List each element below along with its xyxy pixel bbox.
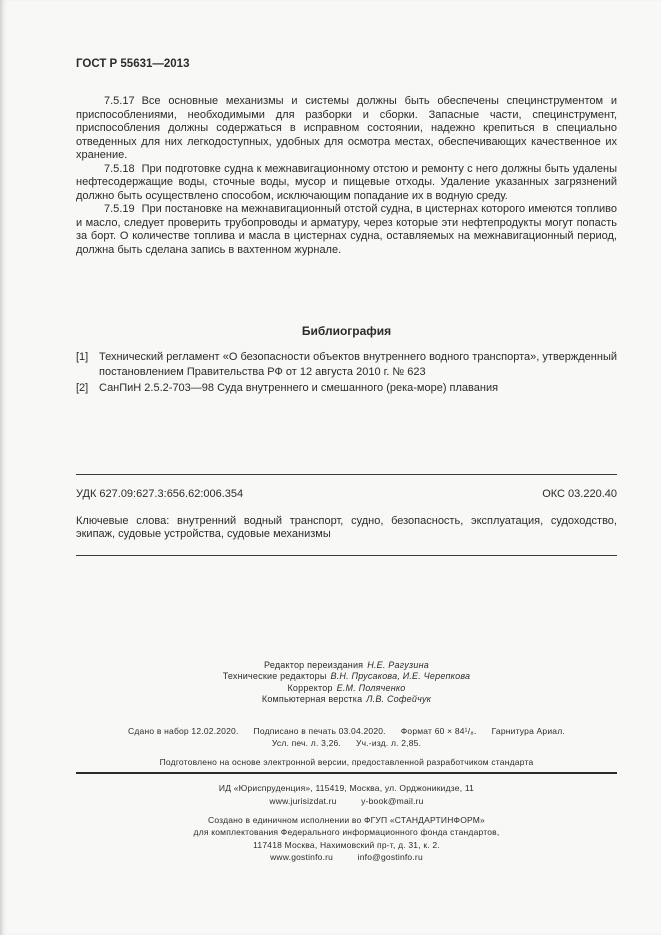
bibliography-title: Библиография: [76, 324, 617, 339]
preparation-note: Подготовлено на основе электронной верси…: [76, 757, 617, 768]
print-info-part: Уч.-изд. л. 2,85.: [356, 737, 421, 750]
staff-line: Технические редакторыВ.Н. Прусакова, И.Е…: [76, 671, 617, 683]
divider-line: [76, 555, 617, 556]
clause-7-5-17: 7.5.17Все основные механизмы и системы д…: [76, 95, 617, 163]
clause-text: При постановке на межнавигационный отсто…: [76, 203, 617, 256]
publisher-email: y-book@mail.ru: [361, 796, 423, 806]
staff-name: Е.М. Поляченко: [337, 683, 406, 693]
standartinform-block: Создано в единичном исполнении во ФГУП «…: [76, 814, 617, 864]
standartinform-line: Создано в единичном исполнении во ФГУП «…: [76, 814, 617, 826]
standartinform-line: для комплектования Федерального информац…: [76, 826, 617, 838]
staff-role: Редактор переиздания: [264, 660, 363, 670]
staff-line: КорректорЕ.М. Поляченко: [76, 683, 617, 695]
document-page: ГОСТ Р 55631—2013 7.5.17Все основные мех…: [0, 0, 661, 935]
keywords-line: Ключевые слова: внутренний водный трансп…: [76, 515, 617, 542]
publisher-contacts: www.jurisizdat.ru y-book@mail.ru: [76, 795, 617, 808]
print-info-part: Гарнитура Ариал.: [492, 725, 565, 738]
reference-label: [1]: [76, 350, 99, 381]
body-text: 7.5.17Все основные механизмы и системы д…: [76, 95, 617, 257]
print-info-part: Подписано в печать 03.04.2020.: [254, 725, 386, 738]
publisher-block: ИД «Юриспруденция», 115419, Москва, ул. …: [76, 782, 617, 808]
standartinform-address: 117418 Москва, Нахимовский пр-т, д. 31, …: [76, 839, 617, 851]
clause-text: При подготовке судна к межнавигационному…: [76, 163, 617, 202]
print-info-line: Сдано в набор 12.02.2020.Подписано в печ…: [76, 725, 617, 738]
clause-number: 7.5.17: [104, 95, 135, 107]
clause-7-5-18: 7.5.18При подготовке судна к межнавигаци…: [76, 163, 617, 204]
standartinform-contacts: www.gostinfo.ru info@gostinfo.ru: [76, 851, 617, 863]
reference-text: СанПиН 2.5.2-703—98 Суда внутреннего и с…: [99, 381, 617, 396]
publisher-address: ИД «Юриспруденция», 115419, Москва, ул. …: [76, 782, 617, 795]
classification-row: УДК 627.09:627.3:656.62:006.354 ОКС 03.2…: [76, 488, 617, 501]
staff-role: Корректор: [287, 683, 332, 693]
staff-role: Технические редакторы: [223, 671, 327, 681]
editorial-staff: Редактор переизданияН.Е. Рагузина Технич…: [76, 660, 617, 706]
bibliography-list: [1] Технический регламент «О безопасност…: [76, 350, 617, 396]
print-info-line: Усл. печ. л. 3,26.Уч.-изд. л. 2,85.: [76, 737, 617, 750]
print-info-part: Формат 60 × 84¹/₈.: [401, 725, 477, 738]
clause-text: Все основные механизмы и системы должны …: [76, 95, 617, 161]
standartinform-website: www.gostinfo.ru: [270, 852, 333, 862]
reference-label: [2]: [76, 381, 99, 396]
divider-line-thick: [76, 772, 617, 774]
reference-text: Технический регламент «О безопасности об…: [99, 350, 617, 381]
staff-line: Редактор переизданияН.Е. Рагузина: [76, 660, 617, 672]
staff-line: Компьютерная версткаЛ.В. Софейчук: [76, 694, 617, 706]
staff-name: В.Н. Прусакова, И.Е. Черепкова: [331, 671, 471, 681]
staff-role: Компьютерная верстка: [262, 694, 362, 704]
standard-number: ГОСТ Р 55631—2013: [76, 57, 617, 71]
print-info: Сдано в набор 12.02.2020.Подписано в печ…: [76, 725, 617, 750]
publisher-website: www.jurisizdat.ru: [269, 796, 336, 806]
print-info-part: Сдано в набор 12.02.2020.: [128, 725, 239, 738]
bibliography-item: [2] СанПиН 2.5.2-703—98 Суда внутреннего…: [76, 381, 617, 396]
bibliography-item: [1] Технический регламент «О безопасност…: [76, 350, 617, 381]
clause-number: 7.5.18: [104, 163, 135, 175]
clause-number: 7.5.19: [104, 203, 135, 215]
divider-line: [76, 474, 617, 475]
print-info-part: Усл. печ. л. 3,26.: [272, 737, 341, 750]
staff-name: Н.Е. Рагузина: [367, 660, 429, 670]
oks-code: ОКС 03.220.40: [542, 488, 617, 501]
standartinform-email: info@gostinfo.ru: [358, 852, 423, 862]
udk-code: УДК 627.09:627.3:656.62:006.354: [76, 488, 243, 501]
clause-7-5-19: 7.5.19При постановке на межнавигационный…: [76, 203, 617, 257]
staff-name: Л.В. Софейчук: [366, 694, 431, 704]
